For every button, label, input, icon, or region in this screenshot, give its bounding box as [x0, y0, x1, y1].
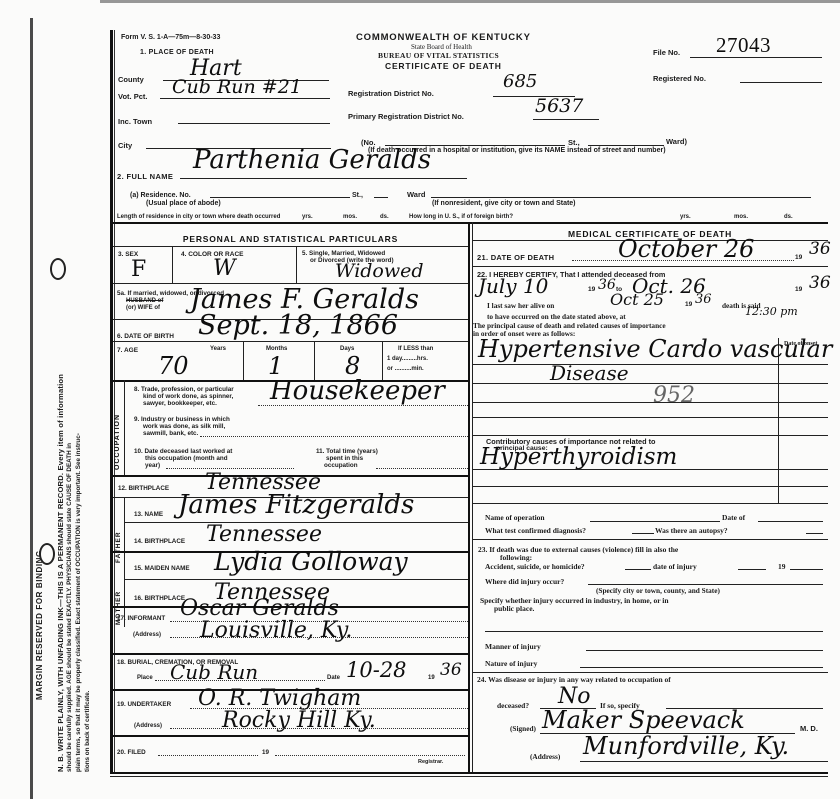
industry-label-3: sawmill, bank, etc.: [143, 431, 198, 437]
years-label: Years: [210, 346, 226, 352]
less-than-label-2: 1 day.........hrs.: [387, 356, 428, 362]
marital-value[interactable]: Widowed: [335, 262, 424, 281]
manner-label: Manner of injury: [485, 643, 541, 651]
burial-place-value[interactable]: Cub Run: [170, 662, 258, 682]
informant-address-label: (Address): [133, 632, 161, 638]
occupation-related-label: 24. Was disease or injury in any way rel…: [477, 676, 671, 684]
length-residence-label: Length of residence in city or town wher…: [117, 214, 280, 220]
cause-rule-5: [472, 435, 828, 436]
binding-margin-edge: [30, 18, 33, 799]
inc-town-label: Inc. Town: [118, 118, 152, 126]
vot-pct-label: Vot. Pct.: [118, 93, 147, 101]
margin-binding-note: MARGIN RESERVED FOR BINDING: [35, 550, 44, 700]
spouse-value[interactable]: James F. Geralds: [190, 286, 419, 313]
margin-instruction-line-1: N. B. WRITE PLAINLY, WITH UNFADING INK—T…: [56, 374, 65, 772]
date-of-death-rule: [472, 266, 828, 267]
injury-date-label: date of injury: [653, 563, 697, 571]
margin-instruction-line-4: tions on back of certificate.: [84, 690, 91, 772]
date-of-death-year[interactable]: 36: [809, 241, 831, 258]
margin-instruction-line-3: plain terms, so that it may be properly …: [75, 433, 82, 772]
burial-year-value[interactable]: 36: [440, 662, 462, 679]
less-than-label-3: or ..........min.: [387, 366, 424, 372]
full-name-label: 2. FULL NAME: [117, 173, 173, 181]
date-of-death-line: [572, 260, 794, 261]
mother-maiden-value[interactable]: Lydia Golloway: [214, 549, 408, 574]
where-note: (Specify city or town, county, and State…: [596, 587, 720, 594]
age-years-divider: [243, 341, 244, 381]
personal-heading: PERSONAL AND STATISTICAL PARTICULARS: [113, 234, 468, 244]
test-label: What test confirmed diagnosis?: [485, 527, 586, 535]
trade-label-3: sawyer, bookkeeper, etc.: [143, 401, 217, 407]
board-name: State Board of Health: [411, 44, 472, 51]
burial-place-line: [155, 680, 325, 681]
informant-address-line: [170, 637, 468, 638]
punch-hole-top: [50, 258, 66, 280]
where-label: Where did injury occur?: [485, 578, 564, 586]
specify-line: [485, 631, 823, 632]
contributory-rule-1: [472, 469, 828, 470]
manner-line: [586, 650, 823, 651]
filed-year-prefix: 19: [262, 750, 269, 756]
operation-date-label: Date of: [722, 514, 745, 522]
less-than-label-1: If LESS than: [398, 346, 433, 352]
bureau-name: BUREAU OF VITAL STATISTICS: [378, 52, 499, 60]
registrar-label: Registrar.: [418, 760, 443, 766]
vot-pct-value[interactable]: Cub Run #21: [172, 78, 302, 97]
burial-year-prefix: 19: [428, 675, 435, 681]
age-years-value[interactable]: 70: [158, 354, 189, 378]
father-side-label: FATHER: [115, 531, 122, 563]
last-saw-year-prefix: 19: [685, 302, 692, 309]
usual-abode-note: (Usual place of abode): [146, 200, 221, 207]
operation-rule: [472, 539, 828, 540]
father-birthplace-value[interactable]: Tennessee: [206, 524, 322, 546]
cause-line-2[interactable]: Disease: [550, 363, 629, 383]
residence-ward-label: Ward: [407, 191, 425, 199]
deceased-label: deceased?: [497, 702, 529, 710]
burial-date-value[interactable]: 10-28: [346, 660, 407, 681]
contributory-rule-2: [472, 486, 828, 487]
inc-town-line: [178, 123, 330, 124]
last-saw-year[interactable]: 36: [695, 293, 712, 306]
nature-label: Nature of injury: [485, 660, 537, 668]
sex-value[interactable]: F: [131, 259, 146, 281]
file-no-label: File No.: [653, 49, 680, 57]
sex-race-divider: [172, 246, 173, 283]
length-yrs: yrs.: [302, 214, 313, 220]
attended-to-year[interactable]: 36: [809, 275, 831, 292]
operation-line: [590, 521, 720, 522]
industry-line: [200, 436, 468, 437]
margin-instruction-line-2: should be carefully supplied. AGE should…: [66, 443, 73, 772]
occupation-side-divider: [124, 380, 125, 475]
county-label: County: [118, 76, 144, 84]
place-of-death-heading: 1. PLACE OF DEATH: [140, 49, 214, 56]
test-line: [632, 533, 654, 534]
full-name-value[interactable]: Parthenia Geralds: [193, 147, 431, 173]
registration-district-label: Registration District No.: [348, 90, 434, 98]
column-divider: [468, 222, 470, 774]
cause-code: 952: [653, 385, 695, 407]
form-frame-left-inner: [114, 30, 115, 774]
contributory-rule-3: [472, 503, 828, 504]
file-no-line: [690, 57, 822, 58]
file-no-value[interactable]: 27043: [716, 35, 771, 56]
date-of-death-label: 21. DATE OF DEATH: [477, 254, 554, 262]
primary-registration-line: [533, 119, 599, 120]
dob-label: 6. DATE OF BIRTH: [117, 334, 174, 341]
filed-date-line: [158, 755, 258, 756]
undertaker-address-label: (Address): [134, 723, 162, 729]
signed-label: (Signed): [510, 725, 536, 732]
header-divider: [113, 222, 828, 224]
cause-rule-4: [472, 417, 828, 418]
total-time-line: [376, 468, 468, 469]
length-ds: ds.: [380, 214, 389, 220]
occurred-label: to have occurred on the date stated abov…: [487, 313, 626, 320]
foreign-ds: ds.: [784, 214, 793, 220]
attended-from-value[interactable]: July 10: [478, 276, 548, 296]
residence-label: (a) Residence. No.: [130, 192, 191, 199]
where-line: [588, 584, 823, 585]
document-title: CERTIFICATE OF DEATH: [385, 62, 502, 71]
race-value[interactable]: W: [213, 258, 236, 280]
form-bottom-rule: [110, 772, 828, 774]
race-marital-divider: [296, 246, 297, 283]
date-of-death-value[interactable]: October 26: [618, 237, 754, 261]
operation-label: Name of operation: [485, 514, 545, 522]
accident-label: Accident, suicide, or homicide?: [485, 563, 585, 571]
dob-value[interactable]: Sept. 18, 1866: [198, 312, 398, 339]
vot-pct-line: [160, 98, 330, 99]
full-name-line: [180, 178, 467, 179]
primary-registration-value[interactable]: 5637: [535, 97, 583, 116]
form-bottom-rule-2: [110, 776, 828, 777]
last-worked-label-3: year): [145, 463, 160, 469]
father-birthplace-label: 14. BIRTHPLACE: [134, 539, 185, 545]
ward-line: [588, 145, 664, 146]
form-frame-left: [110, 30, 113, 774]
nature-line: [580, 667, 823, 668]
last-saw-label: I last saw her alive on: [487, 302, 554, 309]
occupation-side-label: OCCUPATION: [114, 414, 121, 470]
time-of-death[interactable]: 12:30 pm: [745, 306, 798, 317]
informant-address[interactable]: Louisville, Ky.: [200, 620, 352, 642]
undertaker-name[interactable]: O. R. Twigham: [198, 688, 361, 710]
attended-from-year-prefix: 19: [588, 287, 595, 294]
contributory-value[interactable]: Hyperthyroidism: [480, 446, 677, 469]
occupation-related-value[interactable]: No: [558, 686, 591, 708]
nature-rule: [472, 672, 828, 673]
physician-signature[interactable]: Maker Speevack: [542, 708, 745, 732]
cause-rule-2: [472, 383, 828, 384]
physician-address-label: (Address): [530, 753, 560, 760]
paper-top-edge: [100, 0, 840, 3]
age-label: 7. AGE: [117, 348, 138, 355]
undertaker-rule: [113, 735, 468, 737]
cause-rule-1: [472, 364, 828, 365]
external-label-2: following:: [500, 554, 532, 562]
operation-date-line: [758, 521, 823, 522]
primary-registration-label: Primary Registration District No.: [348, 113, 464, 121]
trade-value[interactable]: Housekeeper: [270, 378, 445, 404]
age-months-value[interactable]: 1: [268, 354, 283, 378]
autopsy-line: [806, 533, 823, 534]
foreign-birth-label: How long in U. S., if of foreign birth?: [409, 214, 513, 220]
accident-line: [625, 569, 651, 570]
md-label: M. D.: [800, 725, 818, 733]
residence-st-label: St.,: [352, 192, 363, 199]
injury-date-line: [738, 569, 766, 570]
autopsy-label: Was there an autopsy?: [655, 527, 728, 535]
father-name-label: 13. NAME: [134, 512, 163, 518]
undertaker-label: 19. UNDERTAKER: [117, 702, 171, 708]
punch-hole-bottom: [39, 543, 55, 565]
physician-address-line: [580, 761, 828, 762]
residence-ward-line: [431, 197, 811, 198]
foreign-yrs: yrs.: [680, 214, 691, 220]
age-days-divider: [382, 341, 383, 381]
undertaker-address-line: [170, 728, 468, 729]
ward-label: Ward): [666, 138, 687, 146]
personal-heading-rule: [113, 246, 468, 247]
age-months-divider: [314, 341, 315, 381]
spouse-label-3: (or) WIFE of: [126, 305, 160, 311]
form-number: Form V. S. 1-A—75m—8-30-33: [121, 34, 220, 41]
residence-st-line: [374, 197, 388, 198]
specify-label-2: public place.: [494, 605, 534, 613]
injury-year-line: [790, 569, 823, 570]
city-label: City: [118, 142, 132, 150]
informant-label: 17. INFORMANT: [117, 616, 165, 622]
residence-line: [210, 197, 350, 198]
nonresident-note: (If nonresident, give city or town and S…: [432, 200, 576, 207]
cause-line-1[interactable]: Hypertensive Cardo vascular: [478, 337, 832, 361]
father-name-value[interactable]: James Fitzgeralds: [178, 492, 414, 518]
informant-rule: [113, 653, 468, 655]
attended-to-year-prefix: 19: [795, 287, 802, 294]
last-saw-value[interactable]: Oct 25: [610, 292, 664, 308]
dob-row-rule: [113, 341, 468, 342]
registered-no-label: Registered No.: [653, 75, 706, 83]
filed-label: 20. FILED: [117, 750, 146, 756]
date-of-death-year-prefix: 19: [795, 255, 802, 262]
mother-maiden-label: 15. MAIDEN NAME: [134, 566, 190, 572]
state-header: COMMONWEALTH OF KENTUCKY: [356, 33, 531, 43]
mother-birthplace-label: 16. BIRTHPLACE: [134, 596, 185, 602]
filed-registrar-line: [275, 755, 465, 756]
st-label: St.,: [568, 139, 580, 147]
burial-date-label: Date: [327, 675, 340, 681]
age-days-value[interactable]: 8: [345, 354, 360, 378]
birthplace-label: 12. BIRTHPLACE: [118, 486, 169, 492]
informant-name[interactable]: Oscar Geralds: [180, 598, 339, 620]
total-time-label-3: occupation: [324, 463, 358, 469]
last-worked-line: [166, 468, 294, 469]
registered-no-line: [740, 82, 822, 83]
column-divider-inner: [472, 222, 473, 774]
physician-address[interactable]: Munfordville, Ky.: [583, 734, 789, 758]
burial-place-label: Place: [137, 675, 153, 681]
spouse-label-2: HUSBAND of: [126, 298, 163, 304]
registration-district-value[interactable]: 685: [503, 73, 537, 91]
cause-rule-3: [472, 402, 828, 403]
length-mos: mos.: [343, 214, 357, 220]
injury-year-prefix: 19: [778, 563, 786, 571]
foreign-mos: mos.: [734, 214, 748, 220]
